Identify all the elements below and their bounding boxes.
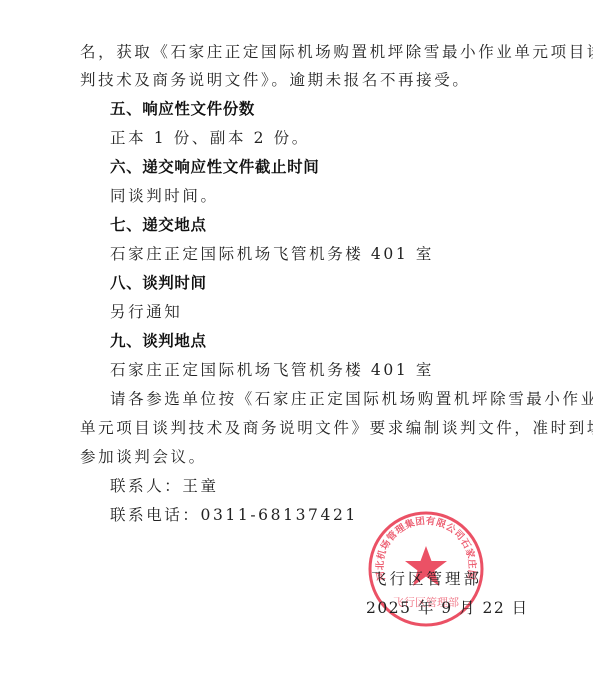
paragraph-line: 名，获取《石家庄正定国际机场购置机坪除雪最小作业单元项目谈 — [80, 38, 520, 67]
signing-date: 2025 年 9 月 22 日 — [366, 596, 529, 618]
paragraph-line: 请各参选单位按《石家庄正定国际机场购置机坪除雪最小作业 — [110, 385, 550, 414]
signing-department: 飞行区管理部 — [371, 567, 482, 589]
section-heading-6: 六、递交响应性文件截止时间 — [110, 153, 550, 182]
paragraph-line: 单元项目谈判技术及商务说明文件》要求编制谈判文件，准时到场 — [80, 414, 520, 443]
paragraph-line: 石家庄正定国际机场飞管机务楼 401 室 — [110, 356, 550, 385]
document-page: 名，获取《石家庄正定国际机场购置机坪除雪最小作业单元项目谈 判技术及商务说明文件… — [0, 0, 593, 689]
paragraph-line: 判技术及商务说明文件》。逾期未报名不再接受。 — [80, 66, 520, 95]
section-heading-7: 七、递交地点 — [110, 211, 550, 240]
paragraph-line: 另行通知 — [110, 298, 550, 327]
contact-person: 联系人：王童 — [110, 472, 550, 501]
section-heading-9: 九、谈判地点 — [110, 327, 550, 356]
section-heading-8: 八、谈判时间 — [110, 269, 550, 298]
paragraph-line: 正本 1 份、副本 2 份。 — [110, 124, 550, 153]
paragraph-line: 同谈判时间。 — [110, 182, 550, 211]
paragraph-line: 石家庄正定国际机场飞管机务楼 401 室 — [110, 240, 550, 269]
paragraph-line: 参加谈判会议。 — [80, 443, 520, 472]
section-heading-5: 五、响应性文件份数 — [110, 95, 550, 124]
